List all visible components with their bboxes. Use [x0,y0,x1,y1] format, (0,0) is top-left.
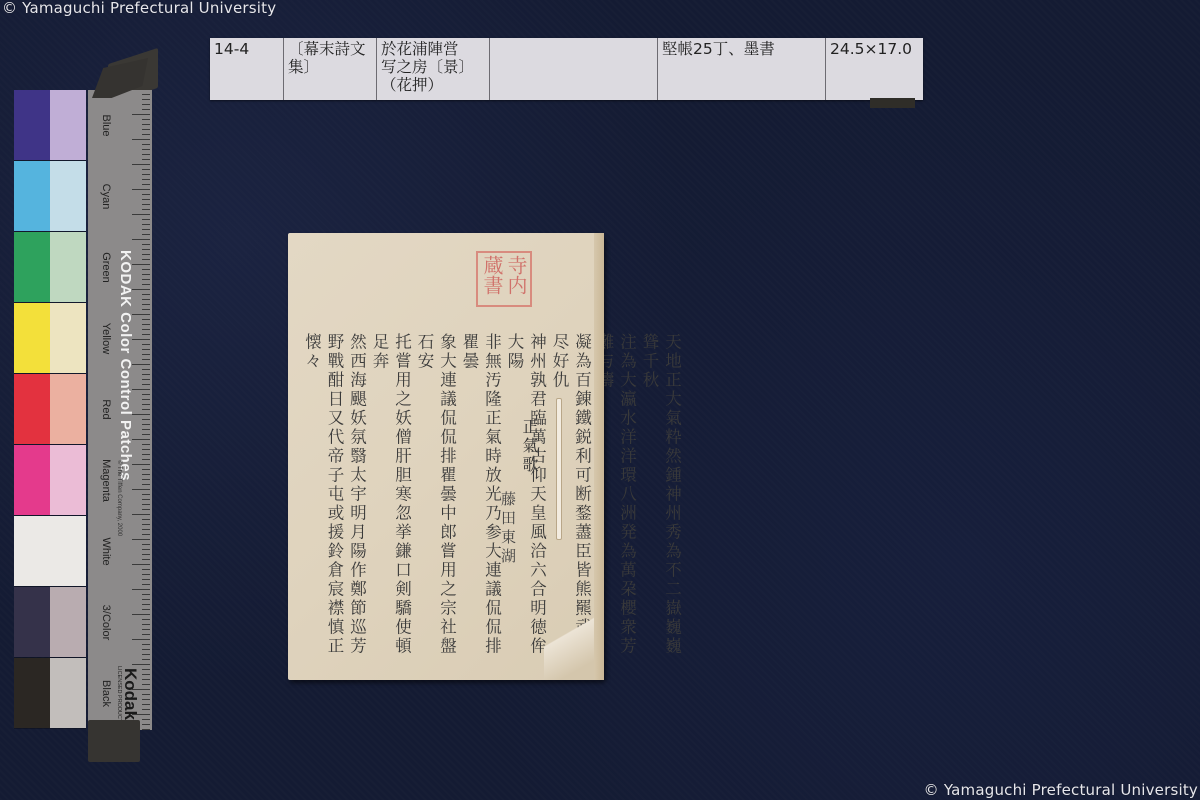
licensed-text: LICENSED PRODUCT [116,666,122,722]
color-patch [14,90,50,160]
patch-name: Cyan [96,161,112,232]
copyright-watermark-bottom: © Yamaguchi Prefectural University [924,781,1198,799]
poem-column: 注為大瀛水洋洋環八洲発為萬朶櫻衆芳難与儔 [593,333,638,663]
catalog-format: 堅帳25丁、墨書 [658,38,826,100]
catalog-author: 於花浦陣営 写之房〔景〕 （花押） [377,38,490,100]
color-patch [50,90,86,160]
patch-row-cyan [14,161,86,232]
catalog-title: 〔幕末詩文 集〕 [284,38,377,100]
color-patch [14,303,50,373]
catalog-dimensions: 24.5×17.0 [826,38,923,100]
patch-row-yellow [14,303,86,374]
poem-column: 天地正大氣粋然鍾神州秀為不二嶽巍巍聳千秋 [638,333,683,663]
patch-row-green [14,232,86,303]
poem-body: 天地正大氣粋然鍾神州秀為不二嶽巍巍聳千秋注為大瀛水洋洋環八洲発為萬朶櫻衆芳難与儔… [300,333,683,663]
poem-column: 神州孰君臨萬古仰天皇風洽六合明徳侔大陽 [503,333,548,663]
catalog-date [490,38,658,100]
patch-name: Blue [96,90,112,161]
patch-row-blue [14,90,86,161]
strip-title: KODAK Color Control Patches [117,250,134,481]
worn-page-corner [544,590,604,680]
catalog-label: 14-4 〔幕末詩文 集〕 於花浦陣営 写之房〔景〕 （花押） 堅帳25丁、墨書… [210,38,923,100]
patch-name: Red [96,374,112,445]
ruler: BlueCyanGreenYellowRedMagentaWhite3/Colo… [88,90,152,730]
manuscript-booklet: 寺内蔵書 正氣歌 藤田東湖 天地正大氣粋然鍾神州秀為不二嶽巍巍聳千秋注為大瀛水洋… [288,233,604,680]
color-patch [14,587,50,657]
patch-name: Magenta [96,445,112,516]
color-patch [14,374,50,444]
tape-piece [870,98,915,108]
color-patch [50,445,86,515]
poem-column: 然西海颶妖氛翳太宇明月陽作鄭節巡芳 [345,333,368,663]
patch-name: Yellow [96,303,112,374]
color-patch [50,161,86,231]
patch-row-white [14,516,86,587]
color-patch [50,303,86,373]
color-patch [50,374,86,444]
color-patch [14,445,50,515]
poem-column: 托嘗用之妖僧肝胆寒忽挙鎌口剣驕使頓足奔 [368,333,413,663]
poem-column: 非無汚隆正氣時放光乃参大連議侃侃排瞿曇 [458,333,503,663]
patch-names: BlueCyanGreenYellowRedMagentaWhite3/Colo… [96,90,112,730]
patch-row-black [14,658,86,729]
color-patch [50,658,86,728]
copyright-watermark-top: © Yamaguchi Prefectural University [2,0,276,17]
color-patch [14,232,50,302]
color-patch [14,161,50,231]
patch-name: White [96,516,112,587]
patch-name: 3/Color [96,587,112,658]
color-patch [50,232,86,302]
color-patch [14,658,50,728]
strip-copyright: © The Tiffen Company, 2000 [116,460,122,536]
patch-row-red [14,374,86,445]
color-patch [14,516,86,586]
poem-column: 野戰酣日又代帝子屯或援鈴倉宸襟慎正懐々 [300,333,345,663]
catalog-number: 14-4 [210,38,284,100]
tape-piece [88,720,140,762]
patch-row-magenta [14,445,86,516]
patch-row-3-color [14,587,86,658]
color-patch [50,587,86,657]
kodak-logo: Kodak [120,668,140,720]
patch-name: Green [96,232,112,303]
color-patches [14,90,86,730]
color-control-strip: BlueCyanGreenYellowRedMagentaWhite3/Colo… [14,90,152,730]
poem-column: 象大連議侃侃排瞿曇中郎嘗用之宗社盤石安 [413,333,458,663]
patch-name: Black [96,658,112,729]
ownership-seal: 寺内蔵書 [476,251,532,307]
